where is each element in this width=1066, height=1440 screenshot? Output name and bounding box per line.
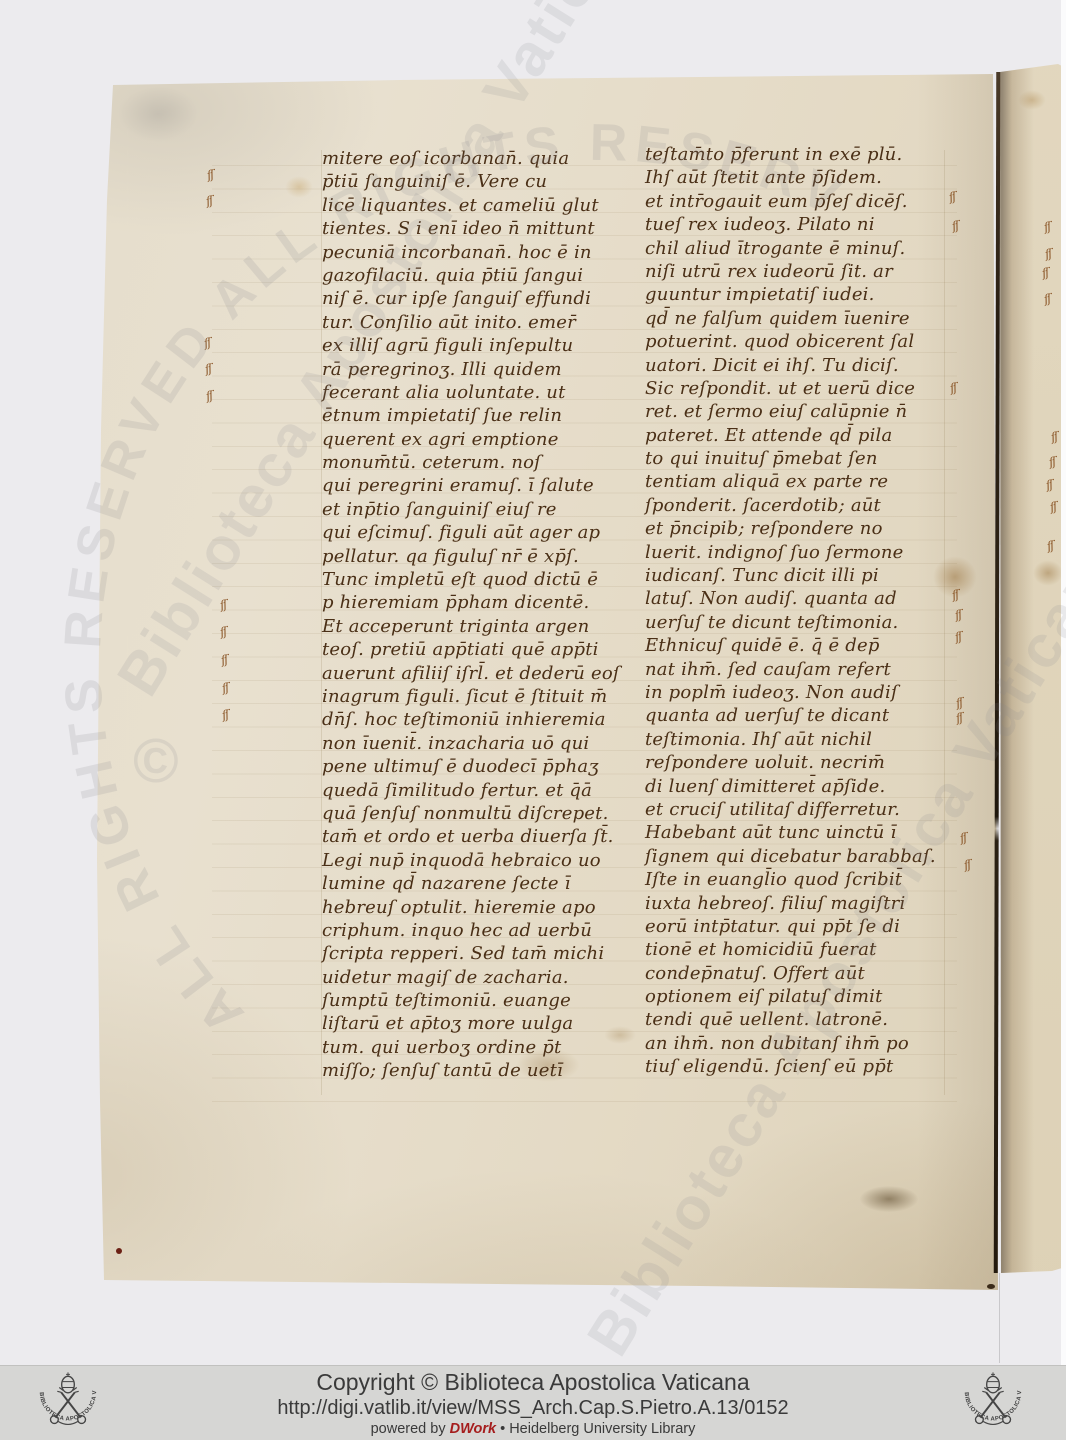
manuscript-text-line: lumine qd̄ nazarene ſecte ī <box>322 872 620 895</box>
manuscript-text-line: p̄tiū ſanguiniſ ē. Vere cu <box>322 170 620 193</box>
manuscript-text-line: querent ex agri emptione <box>322 428 620 451</box>
manuscript-text-line: Et acceperunt triginta argen <box>322 615 620 638</box>
footer-powered-by-line: powered by DWork • Heidelberg University… <box>120 1420 946 1439</box>
parchment-stain <box>860 1186 918 1212</box>
scan-area: mitere eoſ icorbanan̄. quiap̄tiū ſanguin… <box>0 0 1066 1365</box>
manuscript-text-line: rā peregrinoʒ. Illi quidem <box>322 358 620 381</box>
corner-ink-dot <box>116 1248 122 1254</box>
manuscript-text-line: Sic reſpondit. ut et uerū dice <box>645 377 936 400</box>
manuscript-text-line: di luenſ dimitteret̄ ap̄ſide. <box>645 775 936 798</box>
column-rule-right <box>944 150 945 1095</box>
manuscript-text-line: hebreuſ optulit. hieremie apo <box>322 896 620 919</box>
manuscript-text-line: gazofilaciū. quia p̄tiū ſangui <box>322 264 620 287</box>
manuscript-text-line: niſi utrū rex iudeorū ſit. ar <box>645 260 936 283</box>
manuscript-text-line: quanta ad uerſuſ te dicant <box>645 704 936 727</box>
manuscript-text-line: tur. Conſilio aūt inito. emer̄ <box>322 311 620 334</box>
powered-by-prefix: powered by <box>371 1421 450 1437</box>
manuscript-text-line: uerſuſ te dicunt teſtimonia. <box>645 611 936 634</box>
manuscript-text-line: et p̄ncipib; reſpondere no <box>645 517 936 540</box>
manuscript-text-line: auerunt afiliiſ iſrl̄. et dederū eoſ <box>322 662 620 685</box>
manuscript-text-line: et intr̄ogauit eum p̄ſeſ dicēſ. <box>645 190 936 213</box>
manuscript-text-line: condep̄natuſ. Offert aūt <box>645 962 936 985</box>
manuscript-text-line: criphum. inquo hec ad uerbū <box>322 919 620 942</box>
manuscript-text-line: ētnum impietatiſ ſue relin <box>322 404 620 427</box>
manuscript-text-line: reſpondere uoluit. necrim̄ <box>645 751 936 774</box>
manuscript-text-line: ſumptū teſtimoniū. euange <box>322 989 620 1012</box>
copyright-footer-bar: BIBLIOTECA APOSTOLICA VATICANA Copyright… <box>0 1365 1066 1440</box>
parchment-stain <box>1033 560 1063 586</box>
manuscript-text-line: qui peregrini eramuſ. ī ſalute <box>322 474 620 497</box>
manuscript-text-line: tientes. S i enī ideo n̄ mittunt <box>322 217 620 240</box>
manuscript-text-line: teſtam̄to p̄ferunt in exē plū. <box>645 143 936 166</box>
manuscript-text-line: potuerint. quod obicerent ſal <box>645 330 936 353</box>
manuscript-text-line: ſcripta repperi. Sed tam̄ michi <box>322 942 620 965</box>
manuscript-text-line: teſtimonia. Ihſ aūt nichil <box>645 728 936 751</box>
manuscript-text-line: Ethnicuſ quidē ē. q̄ ē dep̄ <box>645 634 936 657</box>
manuscript-text-line: tionē et homicidiū fuerat <box>645 938 936 961</box>
margin-nota-mark: ſſ <box>963 858 972 873</box>
vatican-library-seal-icon: BIBLIOTECA APOSTOLICA VATICANA <box>958 1369 1028 1439</box>
book-gutter <box>994 72 1001 1273</box>
digitized-manuscript-scan: mitere eoſ icorbanan̄. quiap̄tiū ſanguin… <box>0 0 1066 1440</box>
margin-nota-mark: ſſ <box>959 831 968 846</box>
dwork-brand: DWork <box>450 1421 496 1437</box>
manuscript-text-line: tendi quē uellent. latronē. <box>645 1008 936 1031</box>
manuscript-text-line: monum̄tū. ceterum. noſ <box>322 451 620 474</box>
manuscript-text-line: miſſo; ſenſuſ tantū de uetī <box>322 1059 620 1082</box>
manuscript-text-line: qd̄ ne falſum quidem īuenire <box>645 307 936 330</box>
manuscript-text-line: inagrum figuli. ſicut ē ſtituit m̄ <box>322 685 620 708</box>
manuscript-text-line: fecerant alia uoluntate. ut <box>322 381 620 404</box>
manuscript-text-line: tam̄ et ordo et uerba diuerſa ſt̄. <box>322 825 620 848</box>
manuscript-text-line: nat ihm̄. ſed cauſam refert <box>645 658 936 681</box>
vatican-library-seal-icon: BIBLIOTECA APOSTOLICA VATICANA <box>33 1369 103 1439</box>
margin-nota-mark: ſſ <box>203 336 212 351</box>
manuscript-text-line: tiuſ eligendū. ſcienſ eū pp̄t <box>645 1055 936 1078</box>
footer-url: http://digi.vatlib.it/view/MSS_Arch.Cap.… <box>120 1396 946 1420</box>
manuscript-text-line: liſtarū et ap̄toʒ more uulga <box>322 1012 620 1035</box>
manuscript-right-column: teſtam̄to p̄ferunt in exē plū.Ihſ aūt ſt… <box>645 143 936 1079</box>
manuscript-text-line: dn̄ſ. hoc teſtimoniū inhieremia <box>322 708 620 731</box>
margin-nota-mark: ſſ <box>1044 247 1053 262</box>
margin-nota-mark: ſſ <box>204 362 213 377</box>
manuscript-text-line: latuſ. Non audiſ. quanta ad <box>645 587 936 610</box>
parchment-stain <box>285 176 313 198</box>
manuscript-text-line: ex illiſ agrū figuli inſepultu <box>322 334 620 357</box>
scan-right-edge <box>1061 0 1066 1365</box>
manuscript-text-line: Iſte in euangl̄io quod ſcribit̄ <box>645 868 936 891</box>
manuscript-text-line: guuntur impietatiſ iudei. <box>645 283 936 306</box>
manuscript-text-line: p hieremiam p̄pham dicentē. <box>322 591 620 614</box>
margin-nota-mark: ſſ <box>1043 292 1052 307</box>
manuscript-text-line: Tunc impletū eſt quod dictū ē <box>322 568 620 591</box>
manuscript-text-line: Ihſ aūt ſtetit ante p̄ſidem. <box>645 166 936 189</box>
footer-copyright-line: Copyright © Biblioteca Apostolica Vatica… <box>120 1369 946 1396</box>
parchment-stain <box>1018 90 1046 110</box>
manuscript-text-line: to qui inuituſ p̄mebat ſen <box>645 447 936 470</box>
manuscript-text-line: luerit. indignoſ ſuo ſermone <box>645 541 936 564</box>
manuscript-text-line: ſponderit. ſacerdotib; aūt <box>645 494 936 517</box>
footer-text-block: Copyright © Biblioteca Apostolica Vatica… <box>120 1369 946 1439</box>
margin-nota-mark: ſſ <box>1045 478 1054 493</box>
manuscript-text-line: quedā ſimilitudo fertur. et q̄ā <box>322 779 620 802</box>
margin-nota-mark: ſſ <box>1046 539 1055 554</box>
margin-nota-mark: ſſ <box>1043 220 1052 235</box>
manuscript-text-line: chil aliud ītrogante ē minuſ. <box>645 237 936 260</box>
manuscript-text-line: optionem eiſ pilatuſ dimit <box>645 985 936 1008</box>
manuscript-text-line: licē liquantes. et cameliū glut <box>322 194 620 217</box>
manuscript-text-line: iuxta hebreoſ. filiuſ magiſtri <box>645 892 936 915</box>
manuscript-text-line: pene ultimuſ ē duodecī p̄phaʒ <box>322 755 620 778</box>
manuscript-text-line: pellatur. qa figuluſ nr̄ ē xp̄ſ. <box>322 545 620 568</box>
manuscript-text-line: pateret. Et attende qd̄ pila <box>645 424 936 447</box>
manuscript-text-line: in poplm̄ iudeoʒ. Non audiſ <box>645 681 936 704</box>
manuscript-text-line: qui eſcimuſ. figuli aūt ager ap <box>322 521 620 544</box>
manuscript-text-line: tueſ rex iudeoʒ. Pilato ni <box>645 213 936 236</box>
manuscript-text-line: ret. et ſermo eiuſ calūpnie n̄ <box>645 400 936 423</box>
manuscript-text-line: ſignem qui dicebatur barabbaſ. <box>645 845 936 868</box>
manuscript-page: mitere eoſ icorbanan̄. quiap̄tiū ſanguin… <box>0 0 1066 1365</box>
manuscript-text-line: et inp̄tio ſanguiniſ eiuſ re <box>322 498 620 521</box>
margin-nota-mark: ſſ <box>1041 266 1050 281</box>
margin-nota-mark: ſſ <box>1050 430 1059 445</box>
manuscript-text-line: Habebant aūt tunc uinctū ī <box>645 821 936 844</box>
manuscript-left-column: mitere eoſ icorbanan̄. quiap̄tiū ſanguin… <box>322 147 620 1083</box>
powered-by-suffix: • Heidelberg University Library <box>496 1421 695 1437</box>
manuscript-text-line: teoſ. pretiū app̄tiati quē app̄ti <box>322 638 620 661</box>
manuscript-text-line: uidetur magiſ de zacharia. <box>322 966 620 989</box>
manuscript-text-line: non īuenit̄. inzacharia uō qui <box>322 732 620 755</box>
manuscript-text-line: Legi nup̄ inquodā hebraico uo <box>322 849 620 872</box>
manuscript-text-line: quā ſenſuſ nonmultū diſcrepet. <box>322 802 620 825</box>
manuscript-text-line: an ihm̄. non dubitanſ ihm̄ po <box>645 1032 936 1055</box>
manuscript-text-line: tum. qui uerboʒ ordine p̄t <box>322 1036 620 1059</box>
manuscript-text-line: uatori. Dicit ei ihſ. Tu diciſ. <box>645 354 936 377</box>
margin-nota-mark: ſſ <box>1049 500 1058 515</box>
page-edge-line <box>999 1273 1000 1363</box>
manuscript-text-line: niſ ē. cur ipſe ſanguiſ effundi <box>322 287 620 310</box>
manuscript-text-line: pecuniā incorbanan̄. hoc ē in <box>322 241 620 264</box>
parchment-speckles <box>118 86 198 142</box>
manuscript-text-line: iudicanſ. Tunc dicit illi pi <box>645 564 936 587</box>
manuscript-text-line: et cruciſ utilitaſ differretur. <box>645 798 936 821</box>
manuscript-text-line: tentiam aliquā ex parte re <box>645 470 936 493</box>
manuscript-text-line: mitere eoſ icorbanan̄. quia <box>322 147 620 170</box>
edge-ink-dot <box>987 1284 995 1289</box>
margin-nota-mark: ſſ <box>1048 455 1057 470</box>
manuscript-text-line: eorū intp̄tatur. qui pp̄t ſe di <box>645 915 936 938</box>
